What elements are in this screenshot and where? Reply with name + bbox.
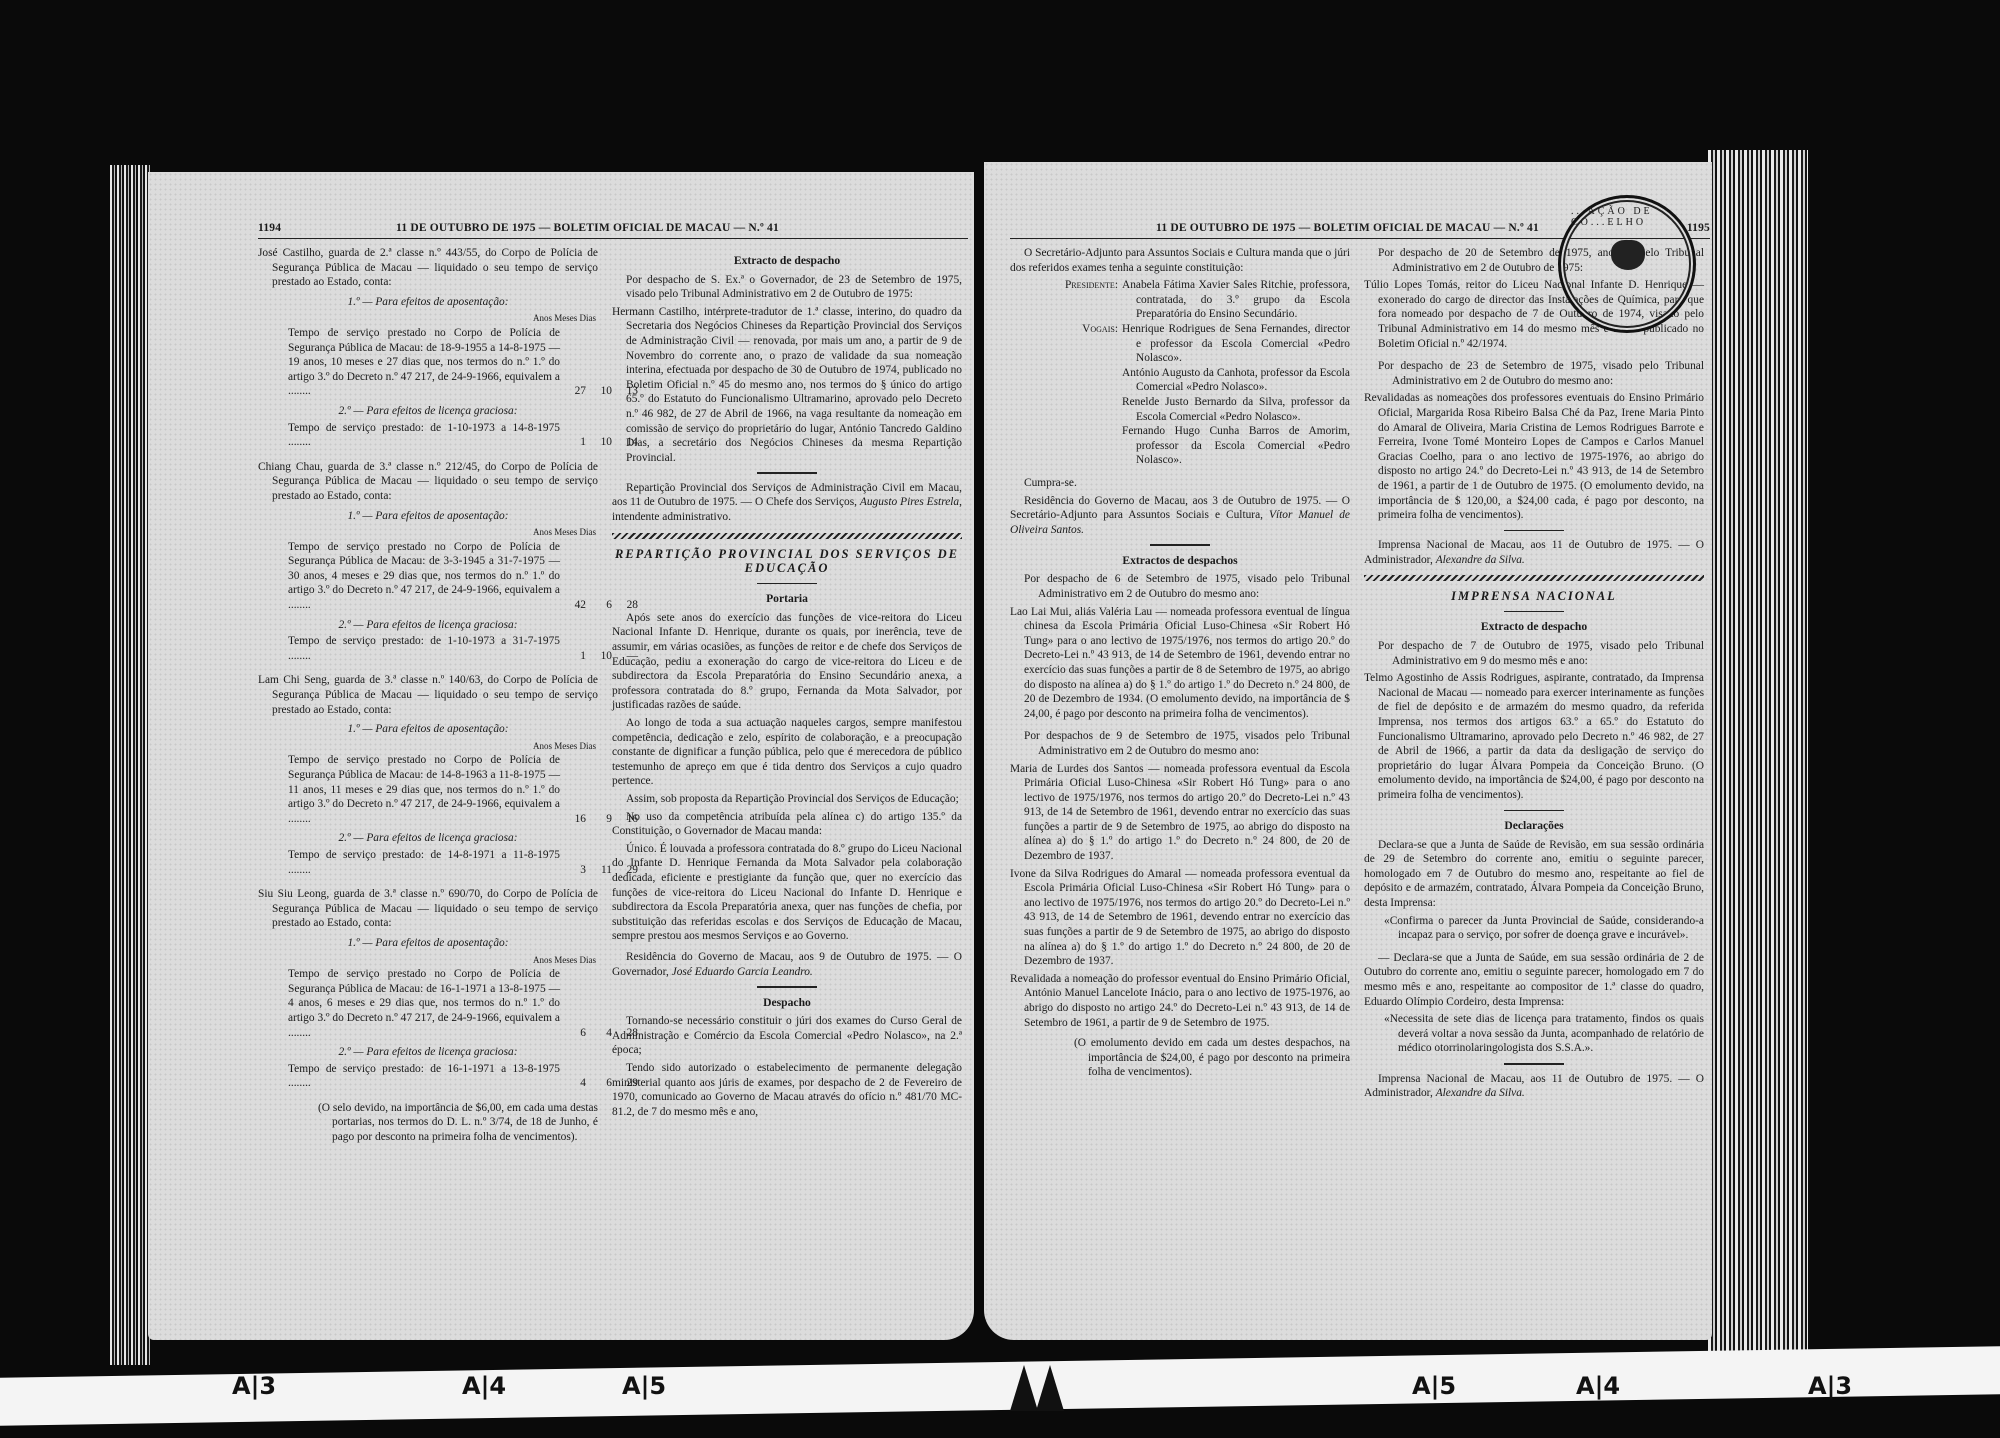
paragraph: Revalidadas as nomeações dos professores… [1364, 391, 1704, 522]
years-value: 27 [560, 384, 586, 399]
heading-declaracoes: Declarações [1364, 819, 1704, 834]
service-record: José Castilho, guarda de 2.ª classe n.º … [258, 246, 598, 450]
stamp-duty-note: (O selo devido, na importância de $6,00,… [318, 1101, 598, 1145]
record-subheading: 2.º — Para efeitos de licença graciosa: [258, 831, 598, 846]
jury-member-name: Anabela Fátima Xavier Sales Ritchie, pro… [1122, 278, 1350, 322]
record-row: Tempo de serviço prestado no Corpo de Po… [258, 540, 598, 613]
paragraph: — Declara-se que a Junta de Saúde, em su… [1364, 951, 1704, 1009]
frame-mark: A|5 [622, 1372, 666, 1400]
record-subheading: 2.º — Para efeitos de licença graciosa: [258, 404, 598, 419]
years-value: 16 [560, 812, 586, 827]
divider [1504, 530, 1564, 532]
official-stamp: ...AÇÃO DE CO...ELHO [1558, 195, 1696, 333]
heading-portaria: Portaria [612, 592, 962, 607]
running-head-title: 11 DE OUTUBRO DE 1975 — BOLETIM OFICIAL … [396, 222, 779, 234]
paragraph: Ivone da Silva Rodrigues do Amaral — nom… [1010, 867, 1350, 969]
frame-mark: A|4 [462, 1372, 506, 1400]
jury-members: Presidente:Anabela Fátima Xavier Sales R… [1010, 278, 1350, 468]
months-value: 11 [586, 863, 612, 878]
note: (O emolumento devido em cada um destes d… [1074, 1036, 1350, 1080]
paragraph: Por despachos de 9 de Setembro de 1975, … [1010, 729, 1350, 758]
jury-member: Vogais:Henrique Rodrigues de Sena Fernan… [1010, 322, 1350, 366]
months-value: 6 [586, 1076, 612, 1091]
paragraph: Por despacho de S. Ex.ª o Governador, de… [612, 273, 962, 302]
paragraph: Cumpra-se. [1010, 476, 1350, 491]
jury-member-name: Renelde Justo Bernardo da Silva, profess… [1122, 395, 1350, 424]
jury-member-name: Henrique Rodrigues de Sena Fernandes, di… [1122, 322, 1350, 366]
paragraph: Assim, sob proposta da Repartição Provin… [612, 792, 962, 807]
quote: «Necessita de sete dias de licença para … [1384, 1012, 1704, 1056]
years-value: 42 [560, 598, 586, 613]
years-value: 1 [560, 435, 586, 450]
record-subheading: 1.º — Para efeitos de aposentação: [258, 936, 598, 951]
record-row: Tempo de serviço prestado no Corpo de Po… [258, 326, 598, 399]
divider [757, 583, 817, 585]
microfilm-strip [0, 1346, 2000, 1425]
record-row: Tempo de serviço prestado: de 1-10-1973 … [258, 421, 598, 450]
signature-block: Imprensa Nacional de Macau, aos 11 de Ou… [1364, 538, 1704, 567]
heading-despacho: Despacho [612, 996, 962, 1011]
paragraph: Declara-se que a Junta de Saúde de Revis… [1364, 838, 1704, 911]
record-text: Tempo de serviço prestado no Corpo de Po… [258, 753, 560, 826]
heading-extracto: Extracto de despacho [1364, 620, 1704, 635]
record-text: Tempo de serviço prestado: de 16-1-1971 … [258, 1062, 560, 1091]
section-divider [612, 533, 962, 539]
column-headers: Anos Meses Dias [258, 525, 596, 540]
years-value: 3 [560, 863, 586, 878]
record-subheading: 2.º — Para efeitos de licença graciosa: [258, 1045, 598, 1060]
record-text: Tempo de serviço prestado: de 1-10-1973 … [258, 634, 560, 663]
years-value: 4 [560, 1076, 586, 1091]
jury-member: António Augusto da Canhota, professor da… [1010, 366, 1350, 395]
paragraph: Revalidada a nomeação do professor event… [1010, 972, 1350, 1030]
frame-mark: A|4 [1576, 1372, 1620, 1400]
frame-notch [1036, 1365, 1064, 1411]
section-title: IMPRENSA NACIONAL [1364, 589, 1704, 604]
paragraph: Tendo sido autorizado o estabelecimento … [612, 1061, 962, 1119]
section-divider [1364, 575, 1704, 581]
record-row: Tempo de serviço prestado: de 1-10-1973 … [258, 634, 598, 663]
left-column-1: José Castilho, guarda de 2.ª classe n.º … [258, 246, 598, 1148]
record-subheading: 1.º — Para efeitos de aposentação: [258, 722, 598, 737]
signatory: Alexandre da Silva. [1436, 554, 1525, 566]
record-text: Tempo de serviço prestado: de 14-8-1971 … [258, 848, 560, 877]
signature-block: Repartição Provincial dos Serviços de Ad… [612, 481, 962, 525]
column-headers: Anos Meses Dias [258, 953, 596, 968]
paragraph: No uso da competência atribuída pela alí… [612, 810, 962, 839]
jury-member-name: António Augusto da Canhota, professor da… [1122, 366, 1350, 395]
book-gutter [974, 160, 984, 1345]
right-column-1: O Secretário-Adjunto para Assuntos Socia… [1010, 246, 1350, 1083]
paragraph: Por despacho de 23 de Setembro de 1975, … [1364, 359, 1704, 388]
service-record: Siu Siu Leong, guarda de 3.ª classe n.º … [258, 887, 598, 1091]
right-page-edges [1708, 150, 1808, 1360]
divider [757, 472, 817, 474]
frame-mark: A|3 [1808, 1372, 1852, 1400]
paragraph: O Secretário-Adjunto para Assuntos Socia… [1010, 246, 1350, 275]
record-text: Tempo de serviço prestado no Corpo de Po… [258, 326, 560, 399]
frame-notch [1010, 1365, 1038, 1411]
heading-extractos: Extractos de despachos [1010, 554, 1350, 569]
jury-role: Presidente: [1010, 278, 1122, 322]
stamp-text: ...AÇÃO DE CO...ELHO [1571, 206, 1693, 228]
jury-member: Fernando Hugo Cunha Barros de Amorim, pr… [1010, 424, 1350, 468]
signature-block: Residência do Governo de Macau, aos 3 de… [1010, 494, 1350, 538]
paragraph: Único. É louvada a professora contratada… [612, 842, 962, 944]
signature-block: Residência do Governo de Macau, aos 9 de… [612, 950, 962, 979]
paragraph: Lao Lai Mui, aliás Valéria Lau — nomeada… [1010, 605, 1350, 722]
signature-block: Imprensa Nacional de Macau, aos 11 de Ou… [1364, 1072, 1704, 1101]
jury-member: Presidente:Anabela Fátima Xavier Sales R… [1010, 278, 1350, 322]
paragraph: Maria de Lurdes dos Santos — nomeada pro… [1010, 762, 1350, 864]
left-page-edges [110, 165, 150, 1365]
record-intro: Chiang Chau, guarda de 3.ª classe n.º 21… [258, 460, 598, 504]
paragraph: Por despacho de 6 de Setembro de 1975, v… [1010, 572, 1350, 601]
months-value: 6 [586, 598, 612, 613]
column-headers: Anos Meses Dias [258, 311, 596, 326]
service-record: Chiang Chau, guarda de 3.ª classe n.º 21… [258, 460, 598, 664]
paragraph: Tornando-se necessário constituir o júri… [612, 1014, 962, 1058]
column-headers: Anos Meses Dias [258, 739, 596, 754]
divider [1504, 1063, 1564, 1065]
record-row: Tempo de serviço prestado: de 14-8-1971 … [258, 848, 598, 877]
right-column-2: Por despacho de 20 de Setembro de 1975, … [1364, 246, 1704, 1104]
record-intro: Lam Chi Seng, guarda de 3.ª classe n.º 1… [258, 673, 598, 717]
record-intro: José Castilho, guarda de 2.ª classe n.º … [258, 246, 598, 290]
record-text: Tempo de serviço prestado no Corpo de Po… [258, 540, 560, 613]
paragraph: Após sete anos do exercício das funções … [612, 611, 962, 713]
record-row: Tempo de serviço prestado: de 16-1-1971 … [258, 1062, 598, 1091]
years-value: 6 [560, 1026, 586, 1041]
signatory: Augusto Pires Estrela [860, 496, 959, 508]
months-value: 4 [586, 1026, 612, 1041]
record-subheading: 2.º — Para efeitos de licença graciosa: [258, 618, 598, 633]
coat-of-arms-icon [1611, 240, 1645, 270]
paragraph: Por despacho de 7 de Outubro de 1975, vi… [1364, 639, 1704, 668]
paragraph: Ao longo de toda a sua actuação naqueles… [612, 716, 962, 789]
months-value: 10 [586, 649, 612, 664]
divider [1504, 611, 1564, 613]
service-record: Lam Chi Seng, guarda de 3.ª classe n.º 1… [258, 673, 598, 877]
years-value: 1 [560, 649, 586, 664]
months-value: 9 [586, 812, 612, 827]
heading-extracto: Extracto de despacho [612, 254, 962, 269]
paragraph: Hermann Castilho, intérprete-tradutor de… [612, 305, 962, 466]
divider [757, 986, 817, 988]
divider [1504, 810, 1564, 812]
record-row: Tempo de serviço prestado no Corpo de Po… [258, 753, 598, 826]
jury-member-name: Fernando Hugo Cunha Barros de Amorim, pr… [1122, 424, 1350, 468]
record-intro: Siu Siu Leong, guarda de 3.ª classe n.º … [258, 887, 598, 931]
left-running-head: 1194 11 DE OUTUBRO DE 1975 — BOLETIM OFI… [258, 222, 968, 239]
record-subheading: 1.º — Para efeitos de aposentação: [258, 295, 598, 310]
jury-member: Renelde Justo Bernardo da Silva, profess… [1010, 395, 1350, 424]
divider [1150, 544, 1210, 546]
months-value: 10 [586, 384, 612, 399]
record-text: Tempo de serviço prestado: de 1-10-1973 … [258, 421, 560, 450]
signatory: Alexandre da Silva. [1436, 1087, 1525, 1099]
left-column-2: Extracto de despacho Por despacho de S. … [612, 246, 962, 1122]
record-text: Tempo de serviço prestado no Corpo de Po… [258, 967, 560, 1040]
paragraph: Telmo Agostinho de Assis Rodrigues, aspi… [1364, 671, 1704, 802]
quote: «Confirma o parecer da Junta Provincial … [1384, 914, 1704, 943]
record-subheading: 1.º — Para efeitos de aposentação: [258, 509, 598, 524]
page-number: 1194 [258, 222, 281, 234]
section-title: REPARTIÇÃO PROVINCIAL DOS SERVIÇOS DE ED… [612, 547, 962, 576]
record-row: Tempo de serviço prestado no Corpo de Po… [258, 967, 598, 1040]
jury-role: Vogais: [1010, 322, 1122, 366]
running-head-title: 11 DE OUTUBRO DE 1975 — BOLETIM OFICIAL … [1156, 222, 1539, 234]
frame-mark: A|3 [232, 1372, 276, 1400]
signatory: José Eduardo Garcia Leandro. [672, 966, 813, 978]
frame-mark: A|5 [1412, 1372, 1456, 1400]
months-value: 10 [586, 435, 612, 450]
